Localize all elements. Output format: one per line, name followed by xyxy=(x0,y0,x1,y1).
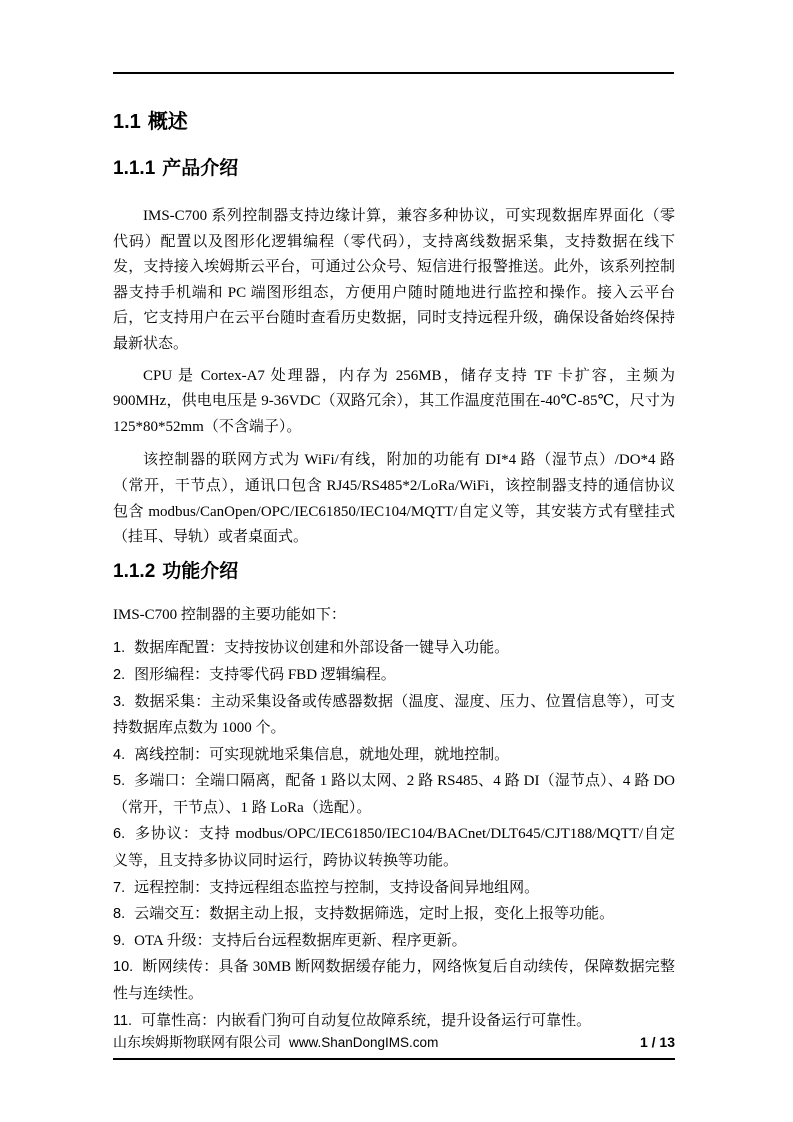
heading-overview-number: 1.1 xyxy=(113,111,141,133)
feature-item-8-text: 云端交互：数据主动上报，支持数据筛选，定时上报，变化上报等功能。 xyxy=(134,906,614,922)
footer-page-number: 1 / 13 xyxy=(640,1032,675,1052)
paragraph-product-overview: IMS-C700 系列控制器支持边缘计算，兼容多种协议，可实现数据库界面化（零代… xyxy=(113,204,675,358)
feature-item-7-number: 7. xyxy=(113,880,125,896)
feature-item-2: 2.图形编程：支持零代码 FBD 逻辑编程。 xyxy=(113,662,675,689)
feature-item-3-number: 3. xyxy=(113,694,125,710)
feature-item-5-number: 5. xyxy=(113,773,125,789)
feature-item-4-text: 离线控制：可实现就地采集信息，就地处理，就地控制。 xyxy=(134,747,509,763)
feature-item-9-number: 9. xyxy=(113,933,125,949)
feature-item-11-text: 可靠性高：内嵌看门狗可自动复位故障系统，提升设备运行可靠性。 xyxy=(141,1013,591,1029)
feature-list: 1.数据库配置：支持按协议创建和外部设备一键导入功能。 2.图形编程：支持零代码… xyxy=(113,635,675,1034)
feature-item-1-text: 数据库配置：支持按协议创建和外部设备一键导入功能。 xyxy=(134,640,509,656)
feature-item-5: 5.多端口：全端口隔离，配备 1 路以太网、2 路 RS485、4 路 DI（湿… xyxy=(113,768,675,821)
feature-item-1: 1.数据库配置：支持按协议创建和外部设备一键导入功能。 xyxy=(113,635,675,662)
feature-item-11-number: 11. xyxy=(113,1013,132,1029)
footer-rule xyxy=(113,1058,675,1060)
features-intro-line: IMS-C700 控制器的主要功能如下： xyxy=(113,603,675,629)
feature-item-9: 9.OTA 升级：支持后台远程数据库更新、程序更新。 xyxy=(113,928,675,955)
feature-item-5-text: 多端口：全端口隔离，配备 1 路以太网、2 路 RS485、4 路 DI（湿节点… xyxy=(113,773,675,816)
feature-item-8-number: 8. xyxy=(113,906,125,922)
feature-item-6-number: 6. xyxy=(113,826,125,842)
page-footer: 山东埃姆斯物联网有限公司www.ShanDongIMS.com 1 / 13 xyxy=(113,1032,675,1054)
paragraph-hardware-specs: CPU 是 Cortex-A7 处理器，内存为 256MB，储存支持 TF 卡扩… xyxy=(113,364,675,441)
document-page: 1.1概述 1.1.1产品介绍 IMS-C700 系列控制器支持边缘计算，兼容多… xyxy=(0,0,793,1122)
feature-item-8: 8.云端交互：数据主动上报，支持数据筛选，定时上报，变化上报等功能。 xyxy=(113,901,675,928)
feature-item-4-number: 4. xyxy=(113,747,125,763)
feature-item-9-text: OTA 升级：支持后台远程数据库更新、程序更新。 xyxy=(134,933,467,949)
heading-product-intro-label: 产品介绍 xyxy=(162,158,238,179)
paragraph-connectivity: 该控制器的联网方式为 WiFi/有线，附加的功能有 DI*4 路（湿节点）/DO… xyxy=(113,448,675,550)
heading-overview-label: 概述 xyxy=(148,111,188,133)
footer-website: www.ShanDongIMS.com xyxy=(289,1035,438,1050)
feature-item-10: 10.断网续传：具备 30MB 断网数据缓存能力，网络恢复后自动续传，保障数据完… xyxy=(113,954,675,1007)
feature-item-2-text: 图形编程：支持零代码 FBD 逻辑编程。 xyxy=(134,667,396,683)
heading-features-intro-label: 功能介绍 xyxy=(162,561,238,582)
heading-features-intro: 1.1.2功能介绍 xyxy=(113,559,675,585)
footer-company-name: 山东埃姆斯物联网有限公司 xyxy=(113,1036,281,1051)
feature-item-11: 11.可靠性高：内嵌看门狗可自动复位故障系统，提升设备运行可靠性。 xyxy=(113,1008,675,1035)
feature-item-7-text: 远程控制：支持远程组态监控与控制，支持设备间异地组网。 xyxy=(134,880,539,896)
heading-features-intro-number: 1.1.2 xyxy=(113,561,155,582)
footer-left: 山东埃姆斯物联网有限公司www.ShanDongIMS.com xyxy=(113,1033,438,1054)
heading-overview: 1.1概述 xyxy=(113,108,675,136)
heading-product-intro: 1.1.1产品介绍 xyxy=(113,156,675,182)
feature-item-6: 6.多协议：支持 modbus/OPC/IEC61850/IEC104/BACn… xyxy=(113,821,675,874)
heading-product-intro-number: 1.1.1 xyxy=(113,158,155,179)
feature-item-7: 7.远程控制：支持远程组态监控与控制，支持设备间异地组网。 xyxy=(113,875,675,902)
feature-item-6-text: 多协议：支持 modbus/OPC/IEC61850/IEC104/BACnet… xyxy=(113,826,675,869)
feature-item-3-text: 数据采集：主动采集设备或传感器数据（温度、湿度、压力、位置信息等），可支持数据库… xyxy=(113,694,675,737)
feature-item-10-number: 10. xyxy=(113,959,133,975)
feature-item-10-text: 断网续传：具备 30MB 断网数据缓存能力，网络恢复后自动续传，保障数据完整性与… xyxy=(113,959,675,1002)
feature-item-4: 4.离线控制：可实现就地采集信息，就地处理，就地控制。 xyxy=(113,742,675,769)
document-content: 1.1概述 1.1.1产品介绍 IMS-C700 系列控制器支持边缘计算，兼容多… xyxy=(113,0,675,1034)
feature-item-3: 3.数据采集：主动采集设备或传感器数据（温度、湿度、压力、位置信息等），可支持数… xyxy=(113,689,675,742)
feature-item-2-number: 2. xyxy=(113,667,125,683)
feature-item-1-number: 1. xyxy=(113,640,125,656)
